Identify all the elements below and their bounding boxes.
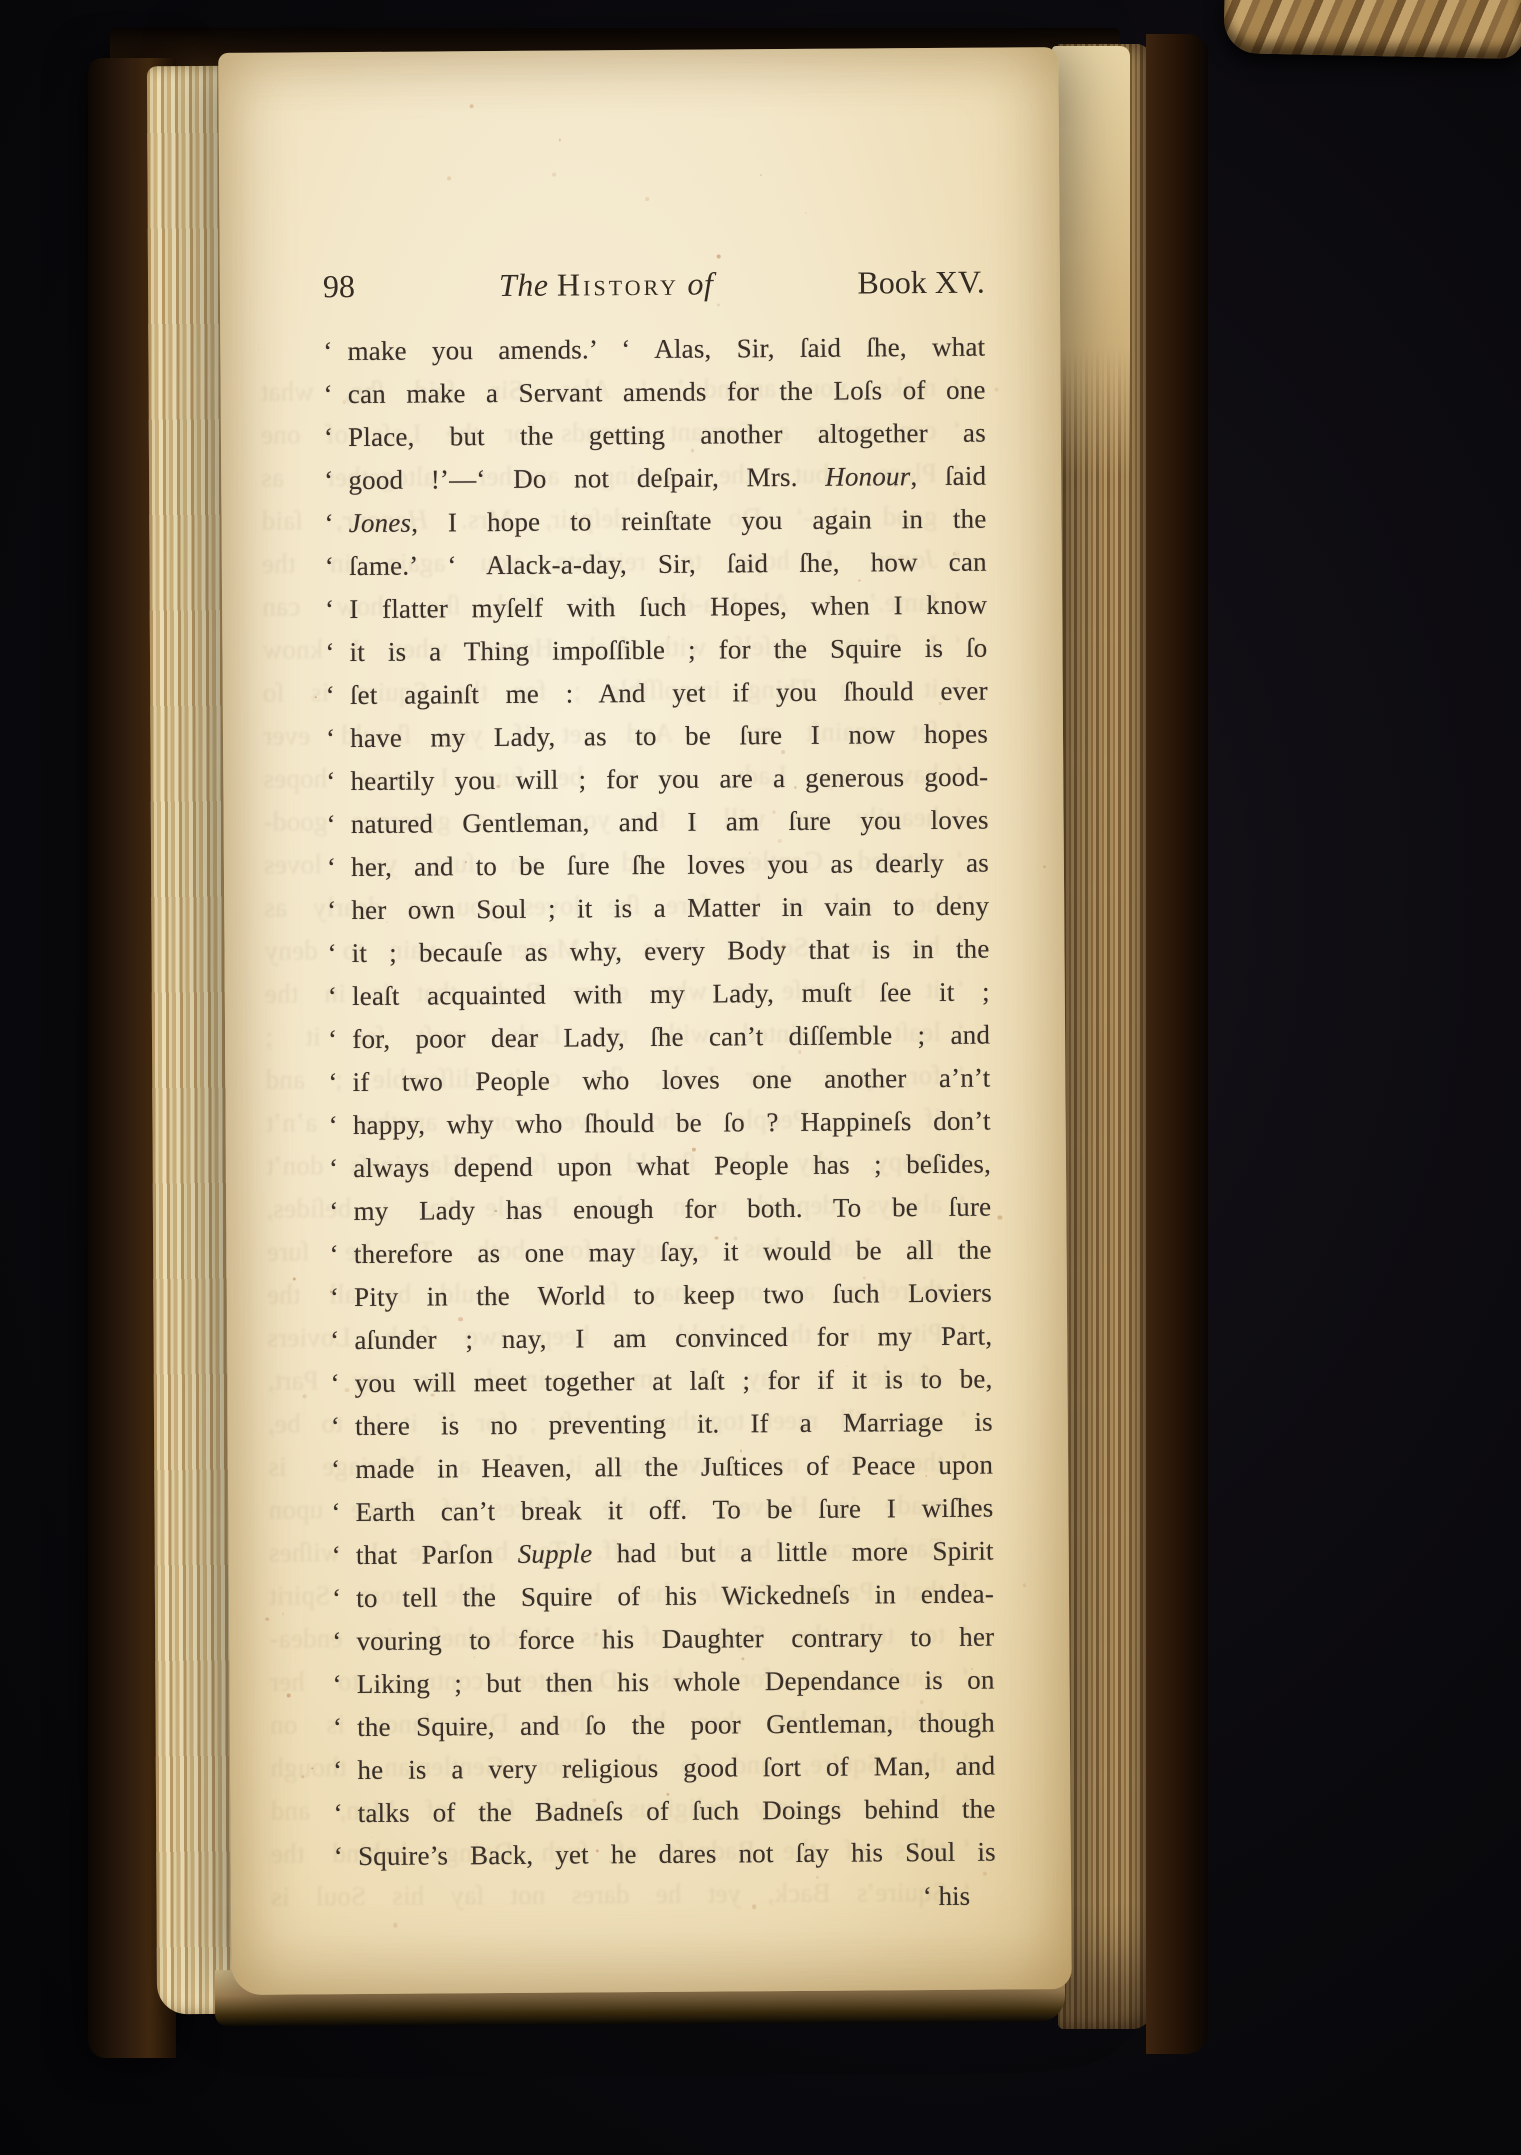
text-line: ‘Earth can’t break it off. To be ſure I …: [331, 1487, 993, 1535]
text-line: ‘have my Lady, as to be ſure I now hopes: [326, 713, 988, 761]
line-quote-mark: ‘: [326, 680, 335, 710]
text-line: ‘if two People who loves one another a’n…: [328, 1057, 990, 1105]
line-quote-mark: ‘: [325, 551, 334, 581]
line-quote-mark: ‘: [328, 1024, 337, 1054]
line-quote-mark: ‘: [324, 422, 333, 452]
book-weight-rope: [1223, 0, 1521, 59]
running-title: The History of: [499, 264, 714, 305]
text-line: ‘heartily you will ; for you are a gener…: [326, 756, 988, 804]
text-line: ‘there is no preventing it. If a Marriag…: [331, 1401, 993, 1449]
book-cover-right-edge: [1146, 34, 1208, 2054]
line-quote-mark: ‘: [324, 508, 333, 538]
text-line: ‘therefore as one may ſay, it would be a…: [329, 1229, 991, 1277]
line-quote-mark: ‘: [324, 379, 333, 409]
line-quote-mark: ‘: [325, 637, 334, 667]
text-line: ‘it is a Thing impoſſible ; for the Squi…: [325, 627, 987, 675]
text-line: ‘it ; becauſe as why, every Body that is…: [327, 928, 989, 976]
line-quote-mark: ‘: [327, 852, 336, 882]
line-quote-mark: ‘: [333, 1755, 342, 1785]
line-quote-mark: ‘: [332, 1540, 341, 1570]
text-line: ‘made in Heaven, all the Juſtices of Pea…: [331, 1444, 993, 1492]
text-line: ‘always depend upon what People has ; be…: [329, 1143, 991, 1191]
line-quote-mark: ‘: [334, 1841, 343, 1871]
line-quote-mark: ‘: [333, 1669, 342, 1699]
text-line: ‘he is a very religious good ſort of Man…: [333, 1745, 995, 1793]
text-line: ‘talks of the Badneſs of ſuch Doings beh…: [333, 1788, 995, 1836]
text-line: ‘her, and to be ſure ſhe loves you as de…: [327, 842, 989, 890]
text-line: ‘can make a Servant amends for the Loſs …: [323, 369, 985, 417]
page-number: 98: [323, 266, 355, 306]
line-quote-mark: ‘: [333, 1712, 342, 1742]
line-quote-mark: ‘: [328, 981, 337, 1011]
line-quote-mark: ‘: [332, 1583, 341, 1613]
line-quote-mark: ‘: [327, 809, 336, 839]
running-header: 98 The History of Book XV.: [323, 262, 985, 307]
line-quote-mark: ‘: [330, 1282, 339, 1312]
line-quote-mark: ‘: [329, 1110, 338, 1140]
page-text: ‘make you amends.’ ‘ Alas, Sir, ſaid ſhe…: [323, 326, 996, 1879]
text-line: ‘make you amends.’ ‘ Alas, Sir, ſaid ſhe…: [323, 326, 985, 374]
line-quote-mark: ‘: [324, 465, 333, 495]
text-line: ‘Pity in the World to keep two ſuch Lovi…: [330, 1272, 992, 1320]
line-quote-mark: ‘: [327, 938, 336, 968]
text-line: ‘Liking ; but then his whole Dependance …: [332, 1659, 994, 1707]
line-quote-mark: ‘: [330, 1239, 339, 1269]
line-quote-mark: ‘: [333, 1798, 342, 1828]
running-title-the: The: [499, 267, 549, 303]
line-quote-mark: ‘: [329, 1153, 338, 1183]
text-line: ‘vouring to force his Daughter contrary …: [332, 1616, 994, 1664]
text-line: ‘leaſt acquainted with my Lady, muſt ſee…: [328, 971, 990, 1019]
running-title-history: History: [557, 266, 679, 303]
facing-page-sliver: [1052, 46, 1130, 476]
line-quote-mark: ‘: [329, 1196, 338, 1226]
text-line: ‘natured Gentleman, and I am ſure you lo…: [326, 799, 988, 847]
text-line: ‘Squire’s Back, yet he dares not ſay his…: [334, 1831, 996, 1879]
text-line: ‘happy, why who ſhould be ſo ? Happineſs…: [329, 1100, 991, 1148]
line-quote-mark: ‘: [328, 1067, 337, 1097]
text-line: ‘Jones, I hope to reinſtate you again in…: [324, 498, 986, 546]
text-line: ‘the Squire, and ſo the poor Gentleman, …: [333, 1702, 995, 1750]
text-line: ‘my Lady has enough for both. To be ſure: [329, 1186, 991, 1234]
line-quote-mark: ‘: [326, 766, 335, 796]
line-quote-mark: ‘: [327, 895, 336, 925]
book-photo-scene: ‘make you amends.’ ‘ Alas, Sir, ſaid ſhe…: [0, 0, 1521, 2155]
text-line: ‘that Parſon Supple had but a little mor…: [332, 1530, 994, 1578]
line-quote-mark: ‘: [330, 1325, 339, 1355]
line-quote-mark: ‘: [331, 1454, 340, 1484]
line-quote-mark: ‘: [332, 1626, 341, 1656]
line-quote-mark: ‘: [325, 594, 334, 624]
book-number-label: Book XV.: [857, 262, 985, 303]
text-line: ‘to tell the Squire of his Wickedneſs in…: [332, 1573, 994, 1621]
line-quote-mark: ‘: [331, 1497, 340, 1527]
line-quote-mark: ‘: [330, 1368, 339, 1398]
text-line: ‘I flatter myſelf with ſuch Hopes, when …: [325, 584, 987, 632]
line-quote-mark: ‘: [323, 336, 332, 366]
text-line: ‘ſet againſt me : And yet if you ſhould …: [326, 670, 988, 718]
printed-text-block: 98 The History of Book XV. ‘make you ame…: [323, 262, 997, 1923]
text-line: ‘aſunder ; nay, I am convinced for my Pa…: [330, 1315, 992, 1363]
text-line: ‘good !’—‘ Do not deſpair, Mrs. Honour, …: [324, 455, 986, 503]
text-line: ‘ſame.’ ‘ Alack-a-day, Sir, ſaid ſhe, ho…: [325, 541, 987, 589]
text-line: ‘you will meet together at laſt ; for if…: [330, 1358, 992, 1406]
line-quote-mark: ‘: [326, 723, 335, 753]
text-line: ‘for, poor dear Lady, ſhe can’t diſſembl…: [328, 1014, 990, 1062]
text-line: ‘Place, but the getting another altogeth…: [324, 412, 986, 460]
book-page: ‘make you amends.’ ‘ Alas, Sir, ſaid ſhe…: [218, 47, 1072, 1995]
catchword: ‘ his: [334, 1874, 996, 1923]
text-line: ‘her own Soul ; it is a Matter in vain t…: [327, 885, 989, 933]
running-title-of: of: [687, 266, 713, 302]
line-quote-mark: ‘: [331, 1411, 340, 1441]
